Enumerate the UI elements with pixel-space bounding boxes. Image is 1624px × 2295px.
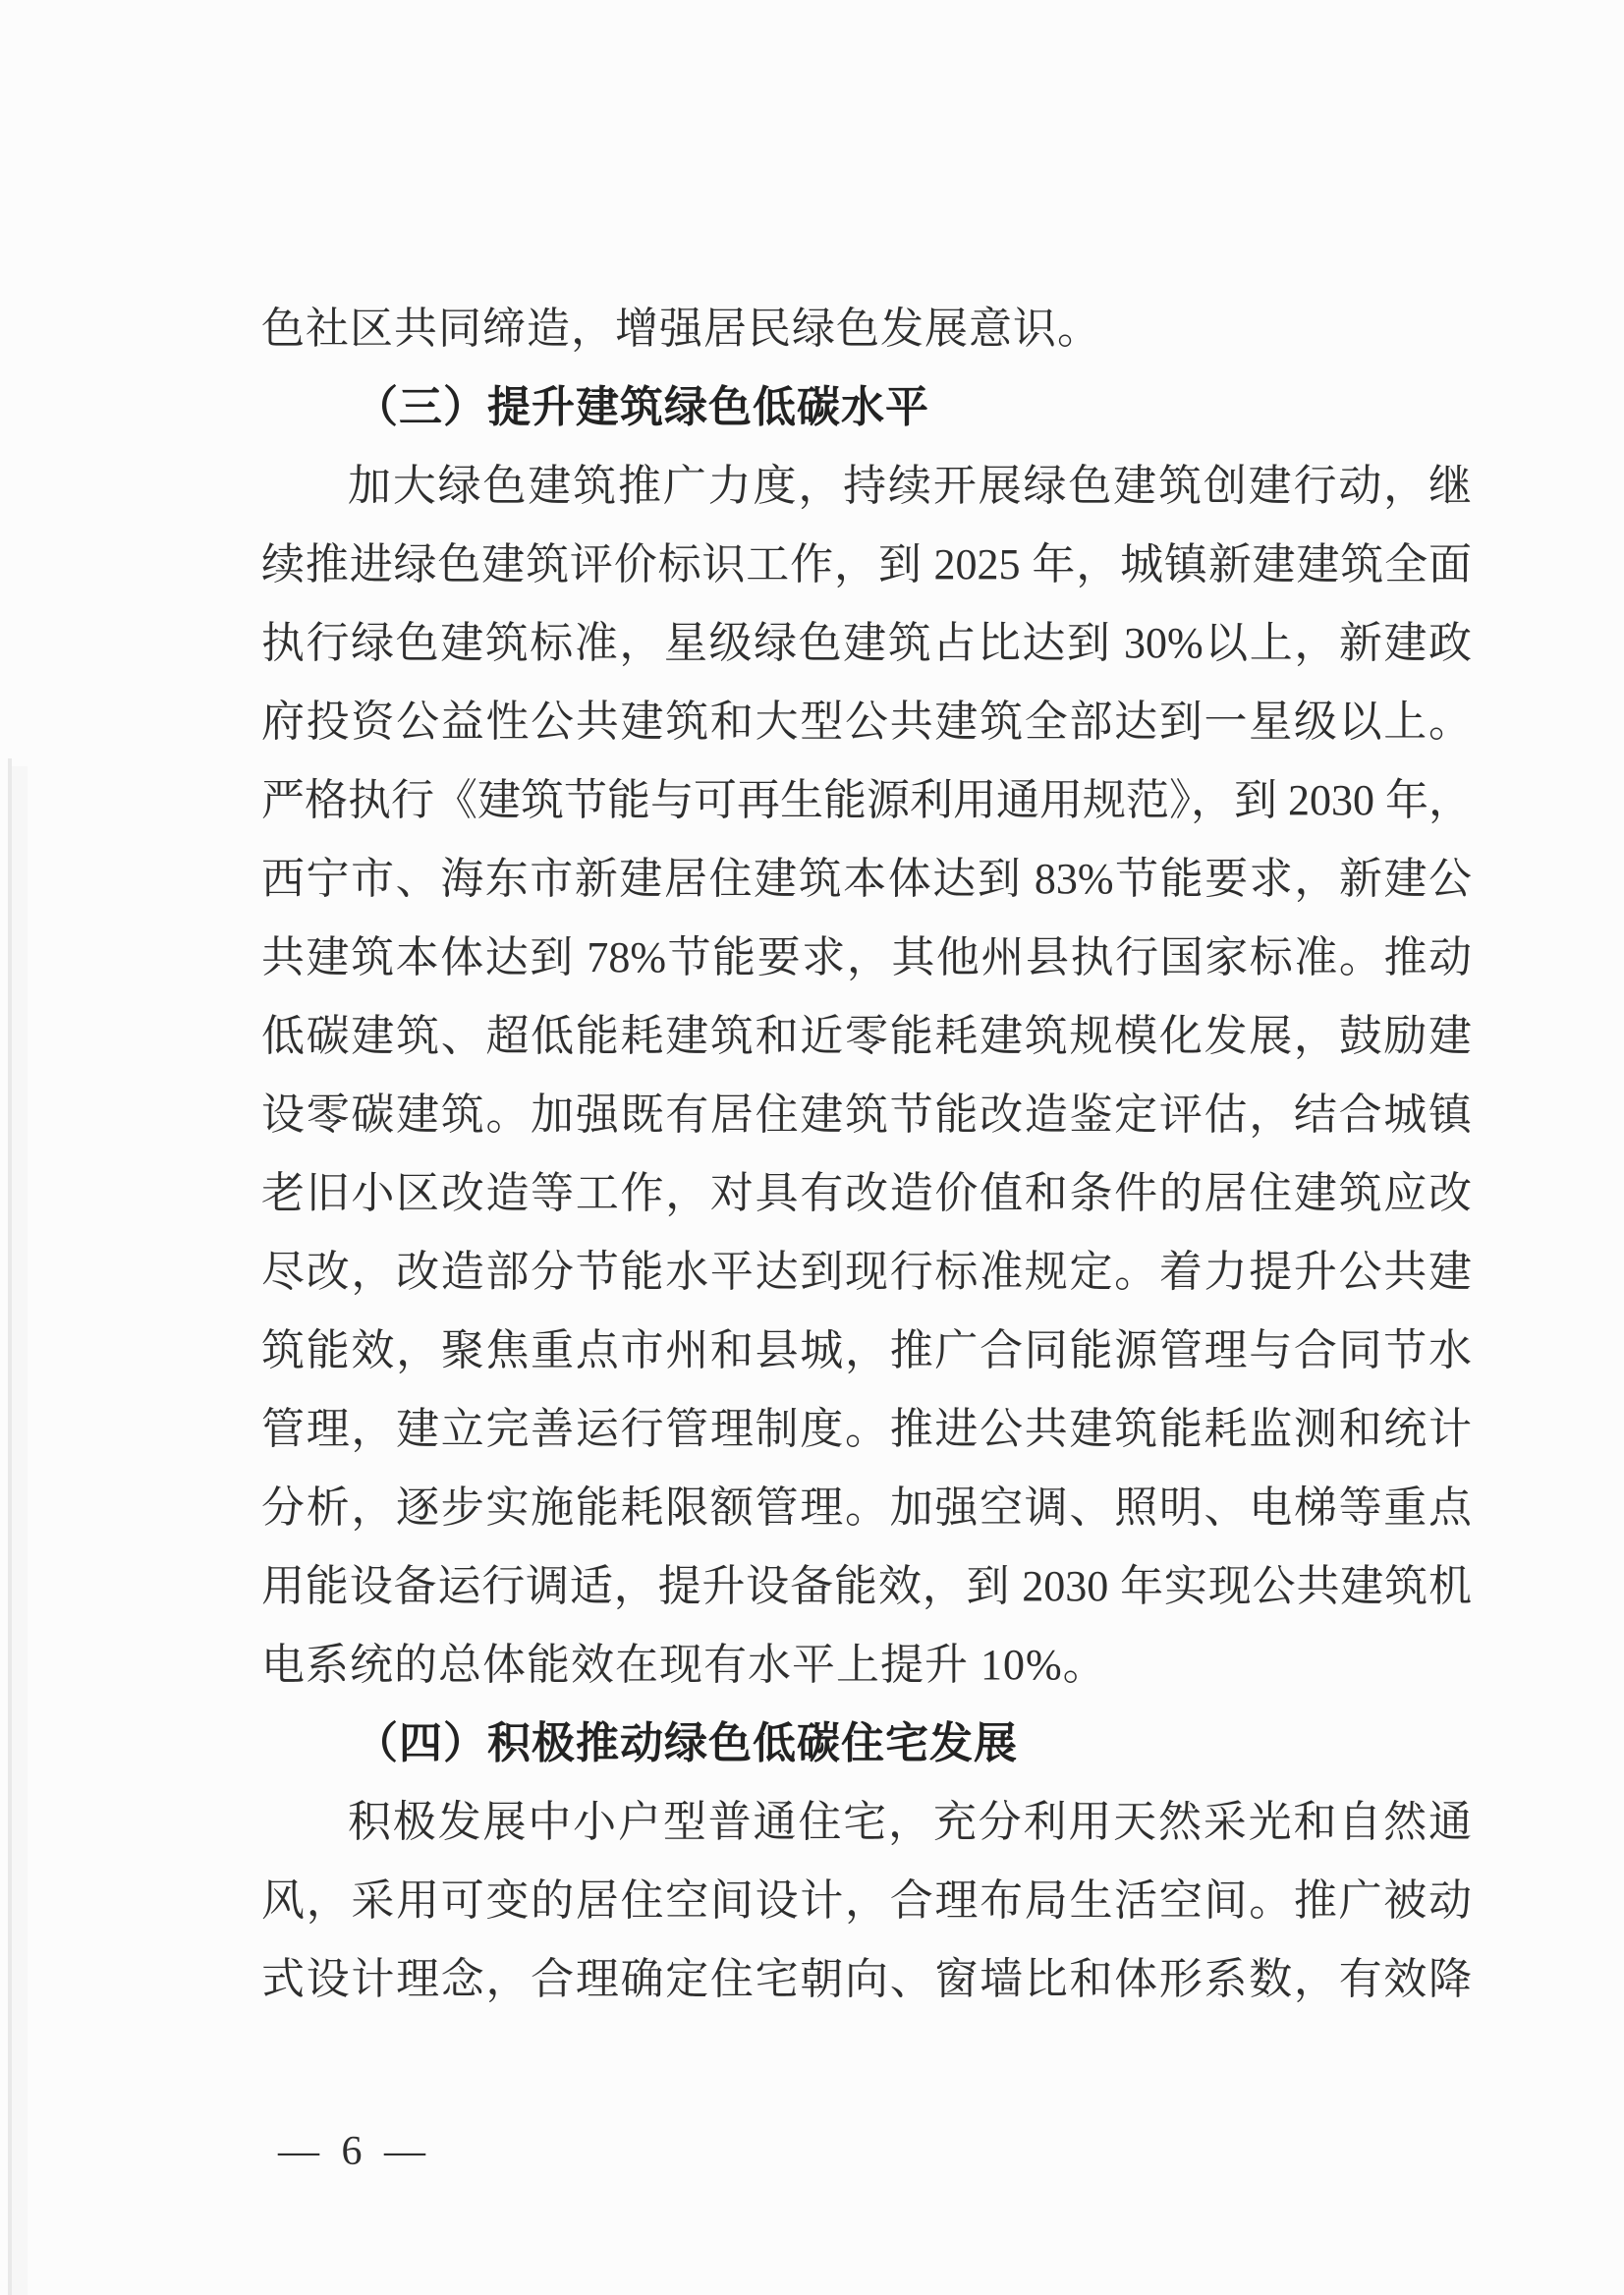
text-line: 加大绿色建筑推广力度，持续开展绿色建筑创建行动，继 — [261, 447, 1472, 526]
text-line: 分析，逐步实施能耗限额管理。加强空调、照明、电梯等重点 — [261, 1469, 1472, 1547]
text-line: 用能设备运行调适，提升设备能效，到 2030 年实现公共建筑机 — [261, 1547, 1472, 1626]
text-line: 严格执行《建筑节能与可再生能源利用通用规范》，到 2030 年， — [261, 761, 1472, 840]
page-number-text: — 6 — — [278, 2129, 431, 2174]
document-page: 色社区共同缔造，增强居民绿色发展意识。（三）提升建筑绿色低碳水平加大绿色建筑推广… — [0, 0, 1624, 2295]
text-line: 电系统的总体能效在现有水平上提升 10%。 — [261, 1626, 1472, 1705]
text-line: 尽改，改造部分节能水平达到现行标准规定。着力提升公共建 — [261, 1233, 1472, 1312]
text-line: 西宁市、海东市新建居住建筑本体达到 83%节能要求，新建公 — [261, 840, 1472, 919]
text-line: 共建筑本体达到 78%节能要求，其他州县执行国家标准。推动 — [261, 919, 1472, 997]
text-line: 低碳建筑、超低能耗建筑和近零能耗建筑规模化发展，鼓励建 — [261, 997, 1472, 1076]
text-line: 管理，建立完善运行管理制度。推进公共建筑能耗监测和统计 — [261, 1390, 1472, 1469]
text-line: 风，采用可变的居住空间设计，合理布局生活空间。推广被动 — [261, 1862, 1472, 1940]
text-line: 设零碳建筑。加强既有居住建筑节能改造鉴定评估，结合城镇 — [261, 1076, 1472, 1154]
page-number: — 6 — — [278, 2122, 431, 2181]
text-line: 式设计理念，合理确定住宅朝向、窗墙比和体形系数，有效降 — [261, 1940, 1472, 2019]
scan-artifact-band — [12, 766, 28, 2295]
text-line: 积极发展中小户型普通住宅，充分利用天然采光和自然通 — [261, 1783, 1472, 1862]
text-line: 色社区共同缔造，增强居民绿色发展意识。 — [261, 290, 1472, 368]
text-line: 执行绿色建筑标准，星级绿色建筑占比达到 30%以上，新建政 — [261, 604, 1472, 683]
section-heading: （三）提升建筑绿色低碳水平 — [261, 368, 1472, 447]
section-heading: （四）积极推动绿色低碳住宅发展 — [261, 1705, 1472, 1783]
text-line: 筑能效，聚焦重点市州和县城，推广合同能源管理与合同节水 — [261, 1312, 1472, 1390]
text-line: 府投资公益性公共建筑和大型公共建筑全部达到一星级以上。 — [261, 683, 1472, 761]
document-body: 色社区共同缔造，增强居民绿色发展意识。（三）提升建筑绿色低碳水平加大绿色建筑推广… — [261, 290, 1472, 2019]
text-line: 续推进绿色建筑评价标识工作，到 2025 年，城镇新建建筑全面 — [261, 526, 1472, 604]
text-line: 老旧小区改造等工作，对具有改造价值和条件的居住建筑应改 — [261, 1154, 1472, 1233]
scan-artifact-line — [8, 758, 12, 2295]
